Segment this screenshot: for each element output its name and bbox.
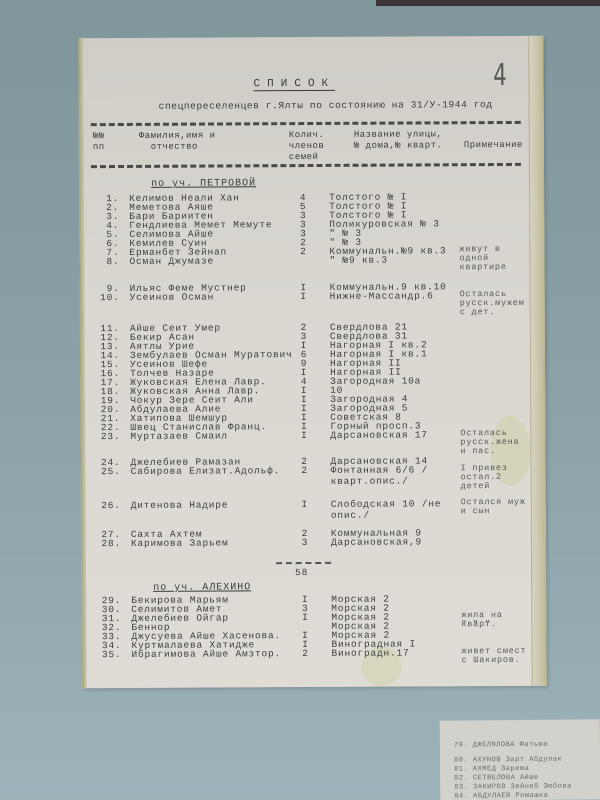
row-note: Осталась русск.жена и пас.: [460, 429, 530, 456]
table-row: 28.Каримова Зарьем3Дарсановская,9: [81, 536, 521, 549]
table-row: 10.Усеинов ОсманIНижне-Массандр.6Осталас…: [80, 290, 520, 303]
person-name: Сабирова Елизат.Адольф.: [131, 465, 281, 477]
picture-frame-edge: [376, 0, 600, 6]
person-name: Каримова Зарьем: [131, 537, 229, 549]
handwritten-page-number: 4: [493, 58, 507, 93]
column-header-address: Название улицы,№ дома,№ кварт.: [354, 129, 443, 151]
row-number: 28.: [99, 538, 121, 549]
table-row: 35.Ибрагимова Айше Амзтор.2Виноградн.17ж…: [82, 647, 522, 660]
family-count: 2: [299, 465, 311, 476]
family-count: I: [298, 430, 310, 441]
section-heading: по уч. ПЕТРОВОЙ: [151, 178, 256, 190]
street-address: " №9 кв.3: [329, 254, 454, 266]
row-note: " " ": [461, 620, 531, 629]
document-title: СПИСОК: [254, 78, 336, 90]
column-header-name: Фамилия,имя и отчество: [139, 131, 216, 153]
row-note: I привез остал.2 детей: [461, 464, 531, 491]
row-note: Осталась русск.мужем с дет.: [460, 290, 530, 317]
street-address: Слободская 10 /не опис./: [331, 498, 456, 521]
row-number: 26.: [99, 500, 121, 511]
person-name: Ибрагимова Айше Амзтор.: [131, 648, 281, 660]
row-number: 25.: [99, 466, 121, 477]
family-count: I: [299, 499, 311, 510]
total-separator: [276, 562, 331, 564]
person-name: Усеинов Осман: [130, 292, 215, 303]
row-number: 35.: [100, 649, 122, 660]
header-top-rule: [91, 121, 521, 126]
column-header-number: №№пп: [93, 131, 105, 153]
family-count: 2: [299, 648, 311, 659]
row-note: одной квартире: [459, 254, 529, 272]
archival-document-page: 4 СПИСОК спецпереселенцев г.Ялты по сост…: [78, 36, 546, 688]
street-address: Фонтанная 6/6 /кварт.опис./: [331, 464, 456, 487]
table-row: 26.Дитенова НадиреIСлободская 10 /не опи…: [81, 498, 521, 511]
adjacent-document-corner: 79. ДЖЕЛЯЛОВА Фатьма 80. АХУНОВ Зарт Абд…: [440, 719, 600, 800]
paper-right-edge: [528, 36, 546, 686]
person-name: Дитенова Надире: [131, 499, 229, 511]
section-heading: по уч. АЛЕХИНО: [153, 582, 251, 594]
column-header-note: Примечание: [464, 140, 523, 151]
table-row: 23.Муртазаев СмаилIДарсановская 17Остала…: [80, 429, 520, 442]
person-name: Осман Джумазе: [129, 256, 214, 267]
row-number: 10.: [98, 292, 120, 303]
row-note: живет смест с Шакиров.: [461, 647, 531, 665]
table-row: 8.Осман Джумазе" №9 кв.3одной квартире: [79, 254, 519, 267]
street-address: Дарсановская,9: [331, 536, 456, 548]
document-subtitle: спецпереселенцев г.Ялты по состоянию на …: [159, 99, 493, 112]
street-address: Нижне-Массандр.6: [330, 290, 455, 302]
family-count: 3: [299, 537, 311, 548]
section-total: 58: [295, 567, 308, 578]
row-number: 23.: [98, 431, 120, 442]
adjacent-line: 79. ДЖЕЛЯЛОВА Фатьма: [454, 740, 548, 752]
family-count: I: [298, 291, 310, 302]
header-bottom-rule: [91, 163, 521, 168]
table-row: 25.Сабирова Елизат.Адольф.2Фонтанная 6/6…: [81, 464, 521, 477]
column-header-count: Колич.членовсемей: [289, 130, 325, 163]
street-address: Виноградн.17: [331, 647, 456, 659]
row-number: 8.: [97, 256, 119, 267]
row-note: Остался муж и сын: [461, 498, 531, 516]
person-name: Муртазаев Смаил: [130, 430, 228, 442]
street-address: Дарсановская 17: [330, 429, 455, 441]
adjacent-line: 84. АБДУЛАЕВ Ромашка: [454, 791, 548, 800]
